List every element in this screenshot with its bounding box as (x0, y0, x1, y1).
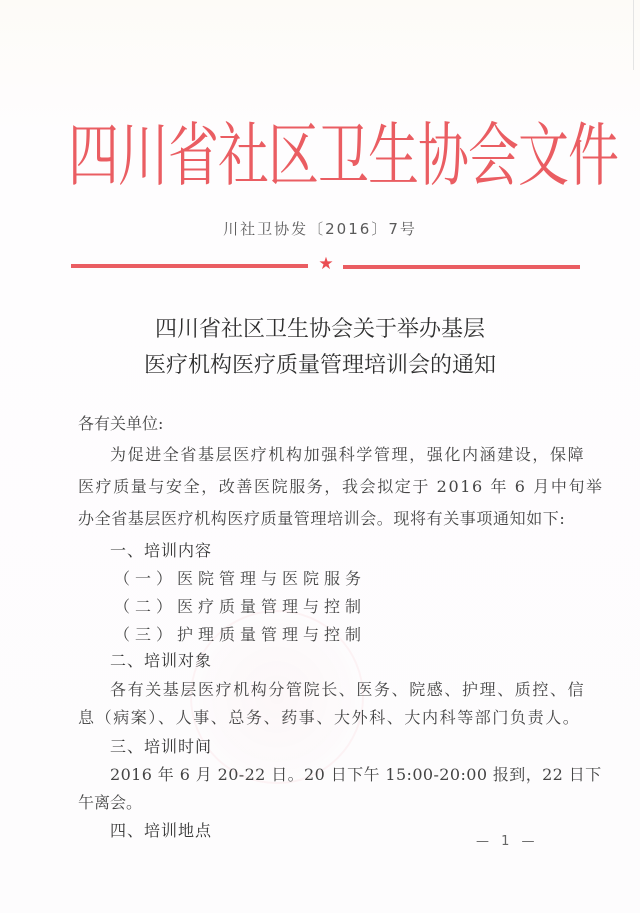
section-2-line-2: 息（病案）、人事、总务、药事、大外科、大内科等部门负责人。 (78, 706, 580, 730)
section-1-heading: 一、培训内容 (110, 539, 212, 563)
section-1-item-2: （二）医疗质量管理与控制 (114, 595, 366, 619)
section-3-line-1: 2016 年 6 月 20-22 日。20 日下午 15:00-20:00 报到… (110, 763, 602, 787)
salutation: 各有关单位: (78, 412, 163, 436)
section-4-heading: 四、培训地点 (110, 819, 212, 843)
divider-line-right (343, 265, 580, 269)
divider-line-left (71, 264, 308, 268)
intro-line-2: 医疗质量与安全，改善医院服务，我会拟定于 2016 年 6 月中旬举 (78, 475, 604, 499)
notice-title: 四川省社区卫生协会关于举办基层 医疗机构医疗质量管理培训会的通知 (0, 312, 640, 384)
document-page: 四川省社区卫生协会文件 川社卫协发〔2016〕7号 ★ 四川省社区卫生协会关于举… (0, 0, 640, 913)
section-2-heading: 二、培训对象 (110, 649, 212, 673)
section-3-line-2: 午离会。 (78, 791, 142, 815)
star-icon: ★ (318, 255, 334, 271)
page-edge (633, 0, 634, 70)
intro-line-3: 办全省基层医疗机构医疗质量管理培训会。现将有关事项通知如下: (78, 507, 565, 531)
page-number: — 1 — (476, 834, 539, 849)
notice-title-line-1: 四川省社区卫生协会关于举办基层 (0, 312, 640, 348)
section-3-heading: 三、培训时间 (110, 735, 212, 759)
section-1-item-1: （一）医院管理与医院服务 (114, 567, 366, 591)
document-number: 川社卫协发〔2016〕7号 (0, 218, 640, 240)
document-header-title: 四川省社区卫生协会文件 (68, 106, 588, 209)
header-divider: ★ (71, 258, 580, 274)
intro-line-1: 为促进全省基层医疗机构加强科学管理，强化内涵建设，保障 (110, 443, 585, 467)
notice-title-line-2: 医疗机构医疗质量管理培训会的通知 (0, 348, 640, 384)
section-2-line-1: 各有关基层医疗机构分管院长、医务、院感、护理、质控、信 (110, 678, 585, 702)
section-1-item-3: （三）护理质量管理与控制 (114, 623, 366, 647)
